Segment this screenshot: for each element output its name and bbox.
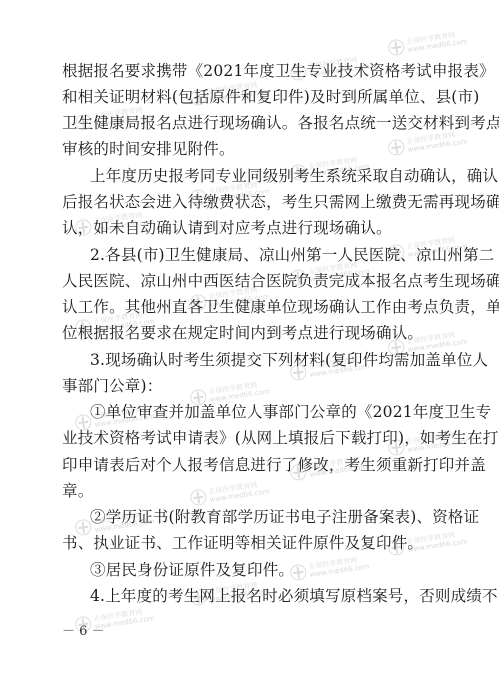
text-line: 书、执业证书、工作证明等相关证件原件及复印件。: [62, 533, 438, 553]
text-line: 位根据报名要求在规定时间内到考点进行现场确认。: [62, 323, 438, 343]
page-number: － 6 －: [62, 620, 105, 639]
text-line: 人民医院、凉山州中西医结合医院负责完成本报名点考生现场确: [62, 271, 438, 291]
text-line: 上年度历史报考同专业同级别考生系统采取自动确认，确认: [90, 166, 438, 186]
text-line: 卫生健康局报名点进行现场确认。各报名点统一送交材料到考点: [62, 113, 438, 133]
text-line: 认工作。其他州直各卫生健康单位现场确认工作由考点负责，单: [62, 297, 438, 317]
watermark: 正保医学教育网www.med66.com: [387, 30, 468, 57]
watermark-text: 正保医学教育网www.med66.com: [406, 30, 468, 54]
text-line: 3.现场确认时考生须提交下列材料(复印件均需加盖单位人: [90, 350, 438, 370]
text-line: 根据报名要求携带《2021年度卫生专业技术资格考试申报表》: [62, 61, 438, 81]
text-line: ③居民身份证原件及复印件。: [90, 560, 438, 580]
text-line: 后报名状态会进入待缴费状态，考生只需网上缴费无需再现场确: [62, 192, 438, 212]
text-line: 2.各县(市)卫生健康局、凉山州第一人民医院、凉山州第二: [90, 245, 438, 265]
text-line: 印申请表后对个人报考信息进行了修改，考生须重新打印并盖: [62, 455, 438, 475]
document-page: 正保医学教育网www.med66.com正保医学教育网www.med66.com…: [0, 0, 499, 680]
text-line: ②学历证书(附教育部学历证书电子注册备案表)、资格证: [90, 507, 438, 527]
text-line: ①单位审查并加盖单位人事部门公章的《2021年度卫生专: [90, 402, 438, 422]
text-line: 和相关证明材料(包括原件和复印件)及时到所属单位、县(市): [62, 87, 438, 107]
text-line: 4.上年度的考生网上报名时必须填写原档案号，否则成绩不: [90, 586, 438, 606]
text-line: 事部门公章)：: [62, 376, 438, 396]
text-line: 业技术资格考试申请表》(从网上填报后下载打印)，如考生在打: [62, 428, 438, 448]
text-line: 审核的时间安排见附件。: [62, 139, 438, 159]
text-line: 认，如未自动确认请到对应考点进行现场确认。: [62, 218, 438, 238]
text-line: 章。: [62, 481, 438, 501]
watermark-logo-icon: [387, 38, 405, 56]
